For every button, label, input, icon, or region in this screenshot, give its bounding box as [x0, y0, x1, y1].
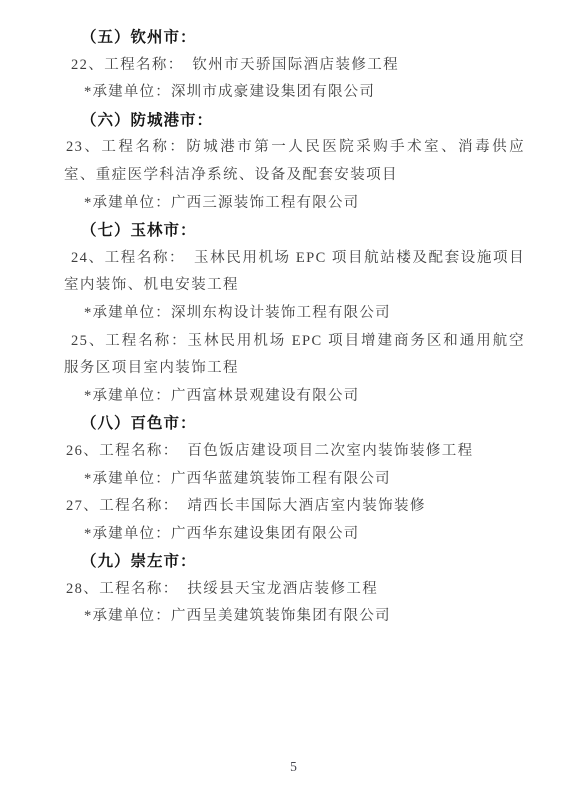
contractor-line-23: *承建单位：广西三源装饰工程有限公司 [64, 190, 525, 218]
document-page: （五）钦州市： 22、工程名称： 钦州市天骄国际酒店装修工程 *承建单位：深圳市… [0, 0, 587, 793]
section-heading-yulin: （七）玉林市： [64, 217, 525, 245]
section-heading-baise: （八）百色市： [64, 410, 525, 438]
section-heading-fangchenggang: （六）防城港市： [64, 107, 525, 135]
project-line-24: 24、工程名称： 玉林民用机场 EPC 项目航站楼及配套设施项目室内装饰、机电安… [64, 245, 525, 300]
contractor-line-25: *承建单位：广西富林景观建设有限公司 [64, 383, 525, 411]
contractor-line-28: *承建单位：广西呈美建筑装饰集团有限公司 [64, 603, 525, 631]
project-line-22: 22、工程名称： 钦州市天骄国际酒店装修工程 [64, 52, 525, 80]
project-line-23: 23、工程名称：防城港市第一人民医院采购手术室、消毒供应室、重症医学科洁净系统、… [64, 134, 525, 189]
contractor-line-27: *承建单位：广西华东建设集团有限公司 [64, 521, 525, 549]
project-line-28: 28、工程名称： 扶绥县天宝龙酒店装修工程 [64, 576, 525, 604]
contractor-line-24: *承建单位：深圳东构设计装饰工程有限公司 [64, 300, 525, 328]
project-line-27: 27、工程名称： 靖西长丰国际大酒店室内装饰装修 [64, 493, 525, 521]
contractor-line-26: *承建单位：广西华蓝建筑装饰工程有限公司 [64, 466, 525, 494]
project-line-26: 26、工程名称： 百色饭店建设项目二次室内装饰装修工程 [64, 438, 525, 466]
project-line-25: 25、工程名称：玉林民用机场 EPC 项目增建商务区和通用航空服务区项目室内装饰… [64, 328, 525, 383]
document-body: （五）钦州市： 22、工程名称： 钦州市天骄国际酒店装修工程 *承建单位：深圳市… [64, 24, 525, 631]
section-heading-qinzhou: （五）钦州市： [64, 24, 525, 52]
section-heading-chongzuo: （九）崇左市： [64, 548, 525, 576]
contractor-line-22: *承建单位：深圳市成豪建设集团有限公司 [64, 79, 525, 107]
page-number: 5 [0, 759, 587, 775]
